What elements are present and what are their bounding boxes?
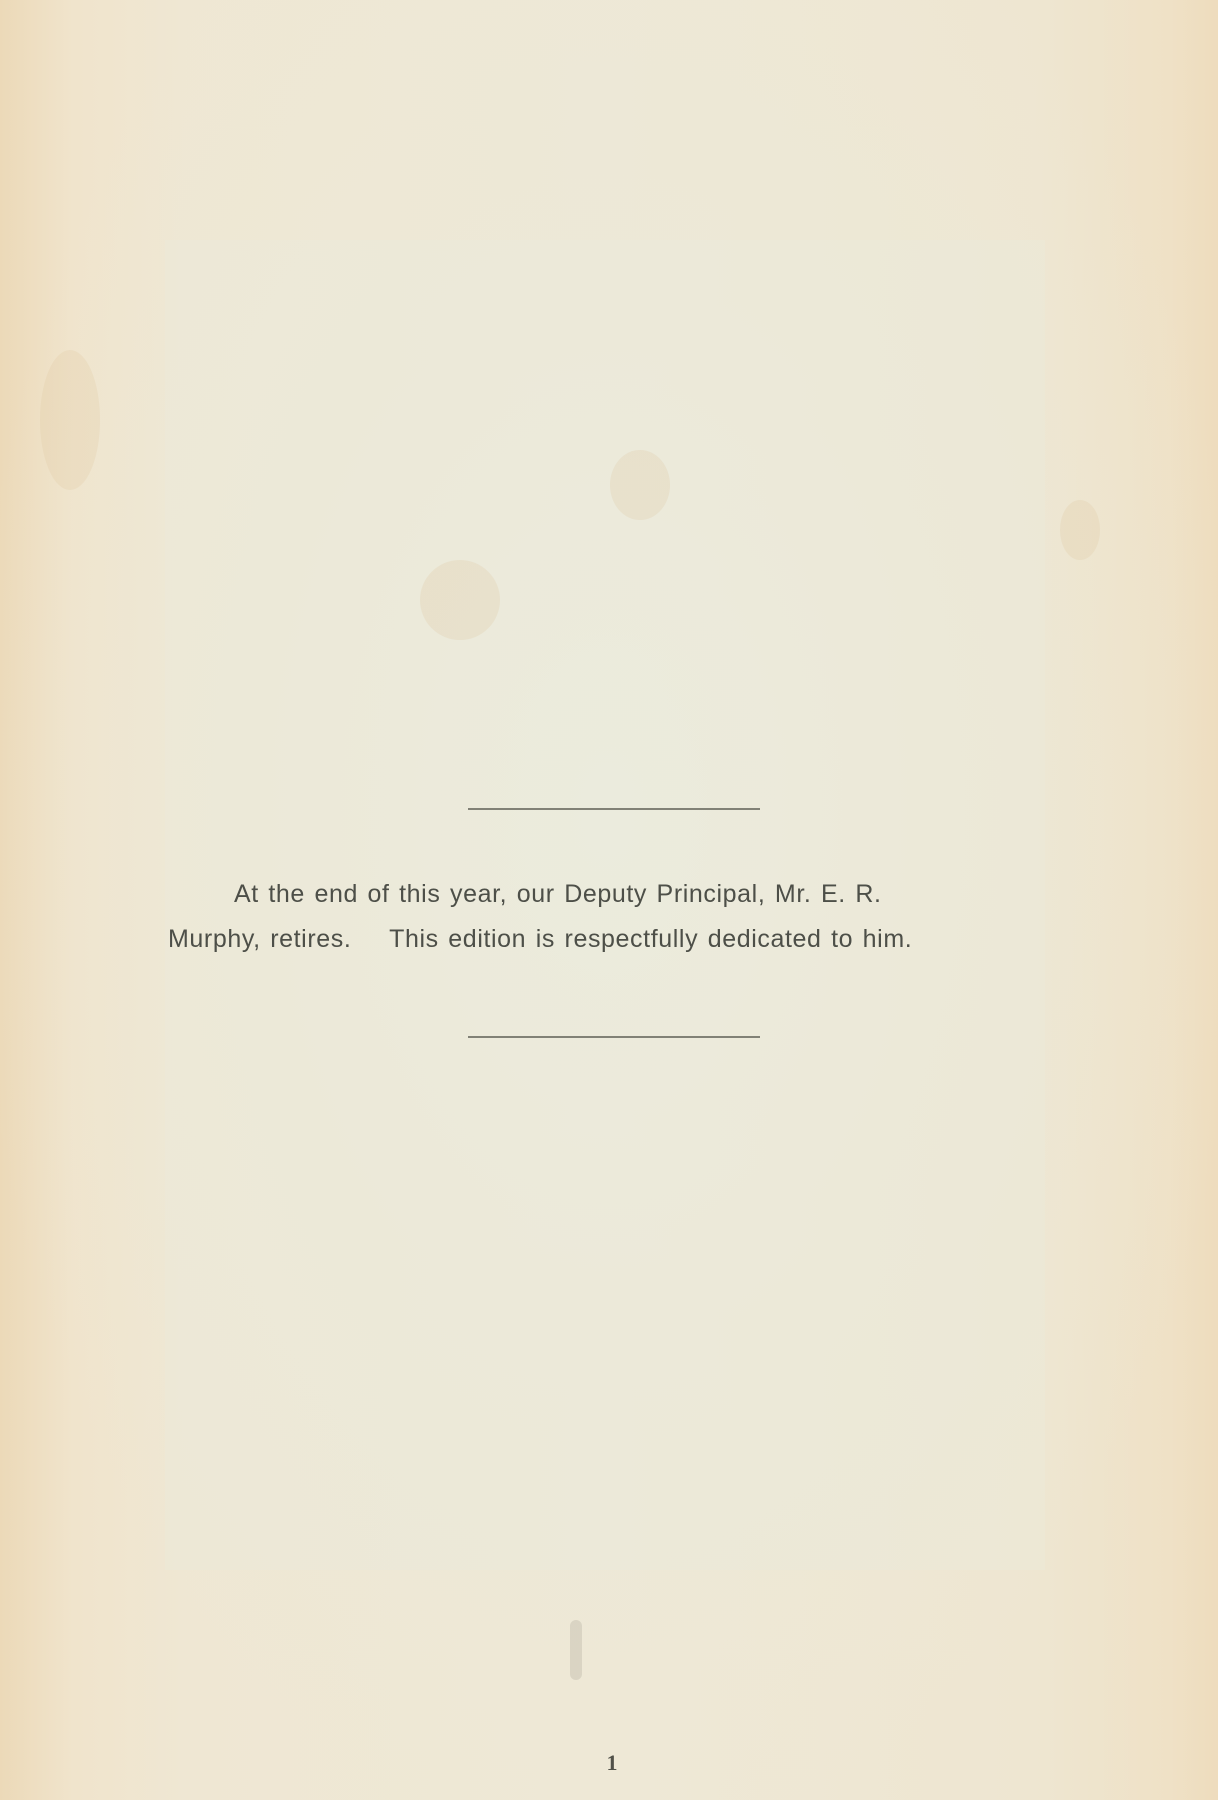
paper-stain <box>610 450 670 520</box>
paper-stain <box>420 560 500 640</box>
dedication-line-1: At the end of this year, our Deputy Prin… <box>168 872 1058 917</box>
divider-rule-bottom <box>468 1036 760 1038</box>
dedication-paragraph: At the end of this year, our Deputy Prin… <box>168 872 1058 962</box>
paper-stain <box>40 350 100 490</box>
document-page: At the end of this year, our Deputy Prin… <box>0 0 1218 1800</box>
paper-stain <box>1060 500 1100 560</box>
paper-blemish <box>570 1620 582 1680</box>
dedication-line-2: Murphy, retires. This edition is respect… <box>168 917 1058 962</box>
divider-rule-top <box>468 808 760 810</box>
page-number: 1 <box>600 1750 624 1776</box>
